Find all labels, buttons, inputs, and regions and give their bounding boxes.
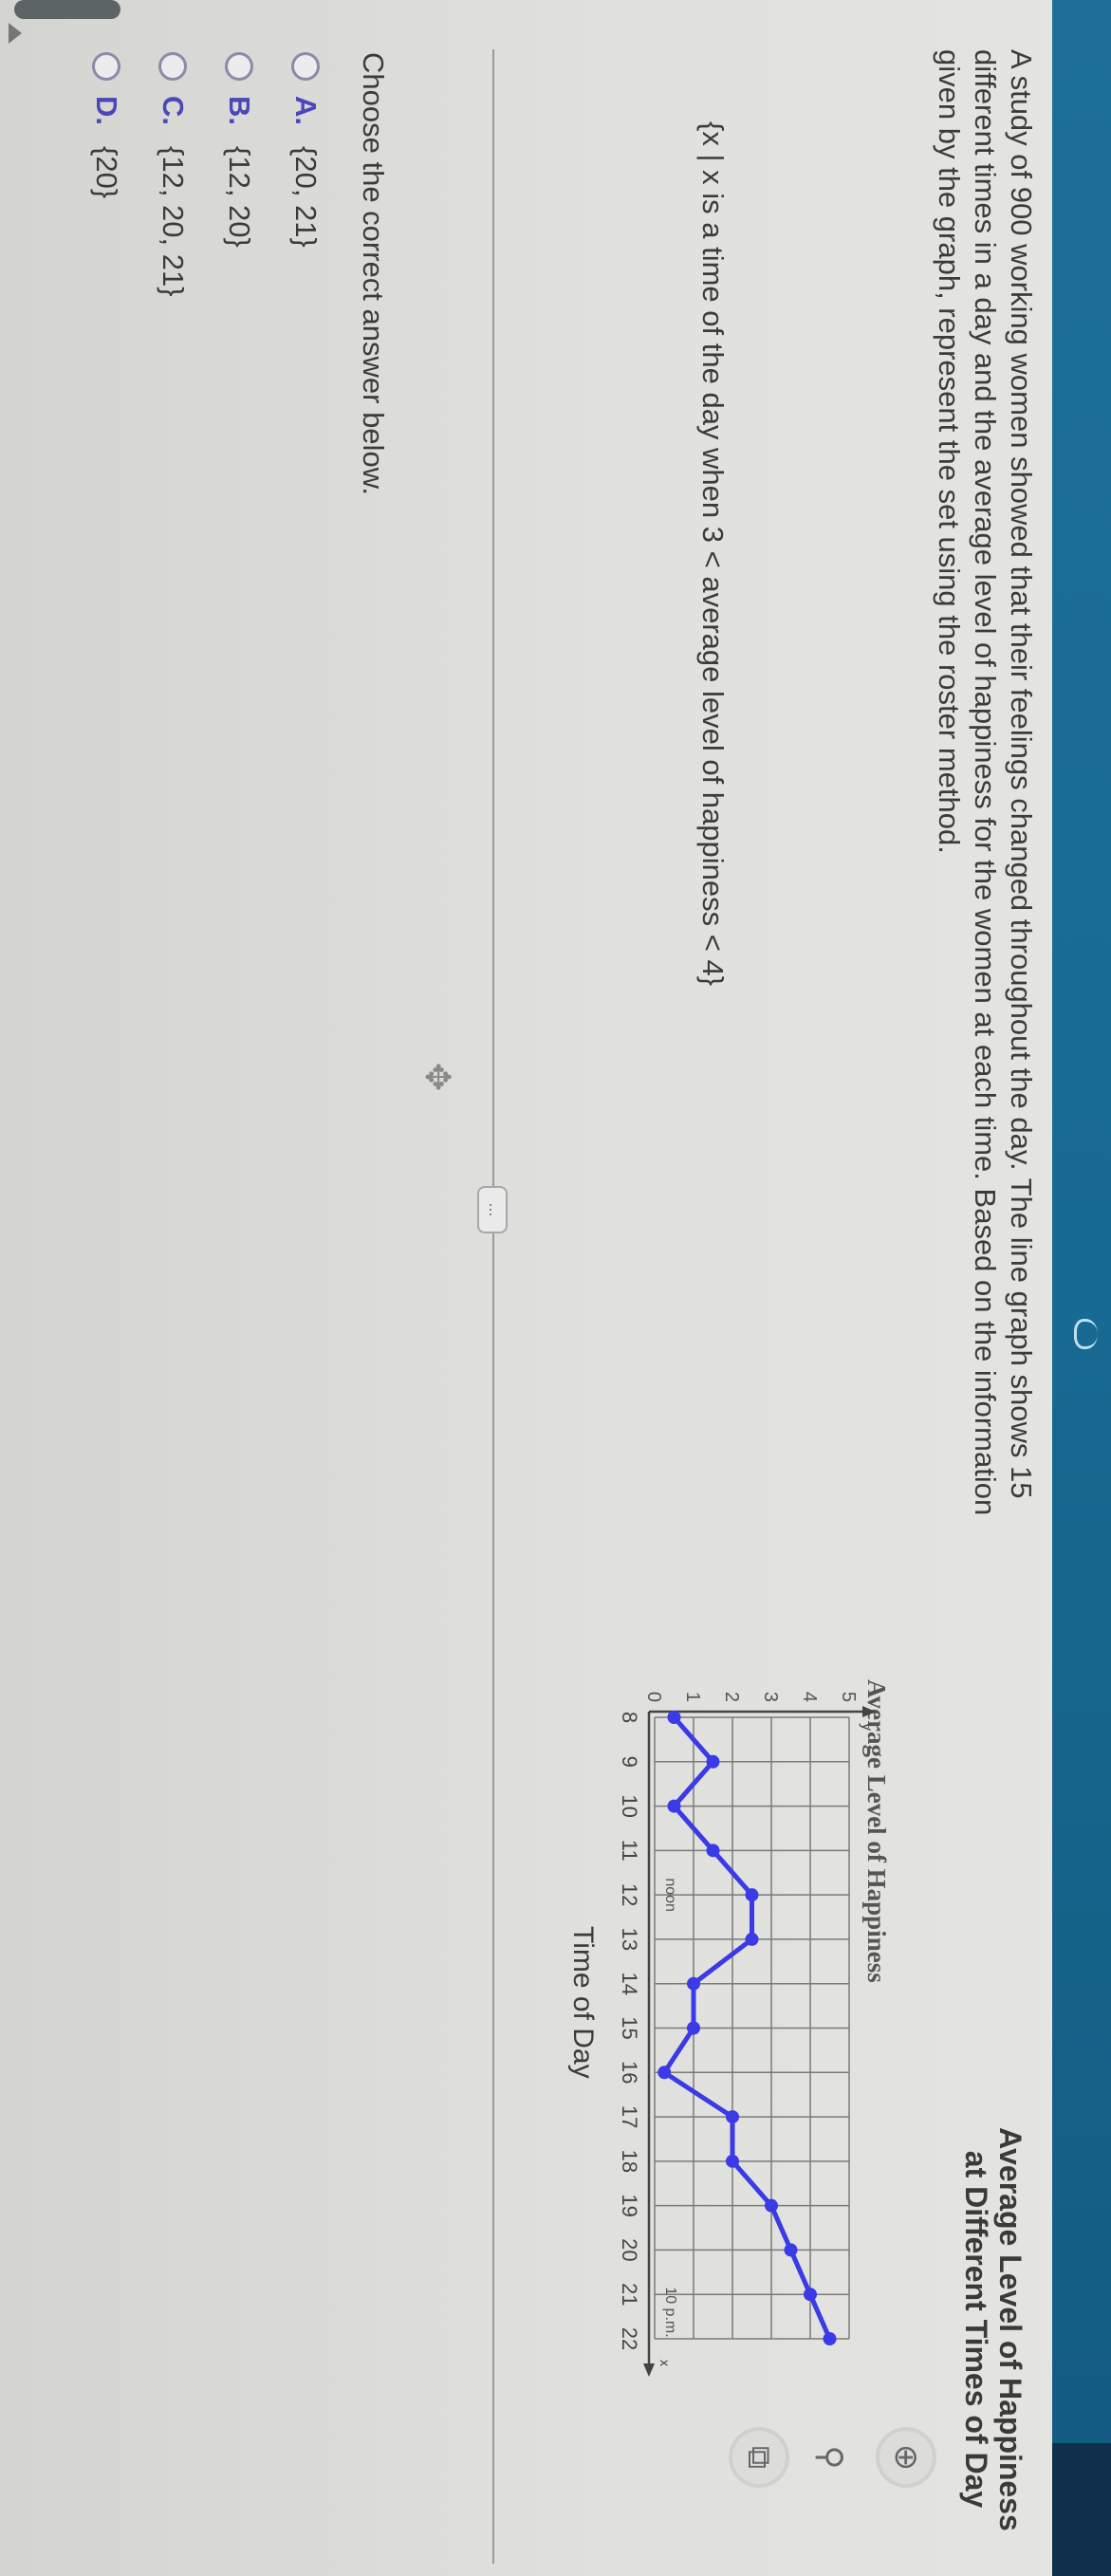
move-icon[interactable]: ✥: [418, 1058, 456, 1096]
svg-text:y: y: [859, 1723, 875, 1731]
option-a[interactable]: A. {20, 21}: [287, 52, 324, 248]
app-header: [1052, 0, 1111, 2576]
svg-text:5: 5: [838, 1692, 859, 1702]
svg-text:11: 11: [618, 1840, 641, 1862]
option-b[interactable]: B. {12, 20}: [220, 52, 258, 248]
svg-text:13: 13: [618, 1928, 641, 1951]
svg-text:22: 22: [618, 2327, 641, 2350]
svg-text:noon: noon: [662, 1878, 678, 1912]
rotated-screen: A study of 900 working women showed that…: [0, 0, 1111, 2576]
svg-text:4: 4: [799, 1692, 820, 1702]
set-builder-notation: {x | x is a time of the day when 3 < ave…: [695, 121, 730, 986]
zoom-in-button[interactable]: ⊕: [880, 2431, 933, 2484]
option-letter: D.: [89, 96, 123, 125]
svg-text:19: 19: [618, 2194, 641, 2216]
option-letter: C.: [156, 96, 190, 125]
svg-text:16: 16: [618, 2061, 641, 2084]
svg-text:10 p.m.: 10 p.m.: [662, 2287, 678, 2337]
svg-text:9: 9: [618, 1756, 641, 1768]
collapse-triangle-icon[interactable]: [9, 23, 22, 44]
section-divider: [492, 49, 494, 2564]
radio-a[interactable]: [291, 52, 320, 81]
chart-title-line-2: at Different Times of Day: [959, 2102, 993, 2557]
option-text: {12, 20}: [222, 146, 256, 248]
magnifier-icon: ⚲: [811, 2446, 849, 2470]
svg-text:10: 10: [618, 1794, 641, 1817]
radio-b[interactable]: [225, 52, 253, 81]
line-chart: yx8910111213141516171819202122012345noon…: [599, 1613, 883, 2429]
svg-text:20: 20: [618, 2238, 641, 2261]
svg-text:x: x: [657, 2360, 673, 2366]
chart-title-line-1: Average Level of Happiness: [993, 2102, 1028, 2557]
option-d[interactable]: D. {20}: [87, 52, 125, 198]
svg-text:21: 21: [618, 2283, 641, 2306]
svg-text:14: 14: [618, 1972, 641, 1994]
svg-text:17: 17: [618, 2105, 641, 2128]
popout-icon: ⧉: [741, 2446, 778, 2469]
svg-text:18: 18: [618, 2150, 641, 2173]
radio-d[interactable]: [92, 52, 120, 81]
svg-text:8: 8: [618, 1712, 641, 1723]
chart-x-axis-label: Time of Day: [566, 1926, 599, 2079]
chart-title: Average Level of Happiness at Different …: [959, 2102, 1028, 2557]
option-text: {20}: [89, 146, 123, 198]
answer-prompt: Choose the correct answer below.: [356, 52, 390, 495]
option-text: {12, 20, 21}: [156, 146, 190, 297]
header-icon: [1074, 1319, 1098, 1349]
svg-text:0: 0: [643, 1692, 664, 1702]
zoom-in-icon: ⊕: [887, 2444, 925, 2472]
svg-text:15: 15: [618, 2016, 641, 2039]
radio-c[interactable]: [158, 52, 187, 81]
svg-text:2: 2: [721, 1692, 742, 1702]
svg-text:12: 12: [618, 1883, 641, 1906]
option-letter: B.: [222, 96, 256, 125]
zoom-out-button[interactable]: ⚲: [804, 2431, 857, 2484]
header-dark-corner: [1052, 2443, 1111, 2576]
option-c[interactable]: C. {12, 20, 21}: [154, 52, 192, 297]
svg-text:1: 1: [682, 1692, 703, 1702]
svg-text:3: 3: [760, 1692, 781, 1702]
divider-handle-button[interactable]: ...: [477, 1186, 508, 1233]
option-letter: A.: [288, 96, 323, 125]
popout-button[interactable]: ⧉: [732, 2431, 786, 2484]
question-text: A study of 900 working women showed that…: [931, 49, 1039, 1529]
option-text: {20, 21}: [288, 146, 323, 248]
scrollbar-thumb[interactable]: [14, 0, 120, 19]
